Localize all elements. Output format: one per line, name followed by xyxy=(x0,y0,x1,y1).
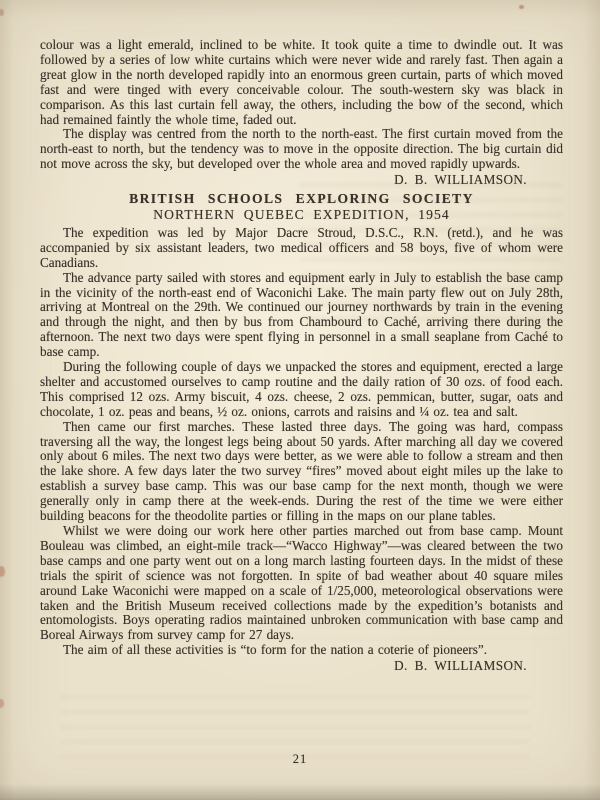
scan-speck xyxy=(0,699,4,708)
scan-speck xyxy=(519,5,524,9)
author-signature: D. B. WILLIAMSON. xyxy=(40,659,563,674)
author-signature: D. B. WILLIAMSON. xyxy=(40,173,563,188)
article-title: BRITISH SCHOOLS EXPLORING SOCIETY xyxy=(40,192,563,207)
scan-speck xyxy=(0,9,4,16)
article-paragraph: The expedition was led by Major Dacre St… xyxy=(40,226,563,271)
article-paragraph: Whilst we were doing our work here other… xyxy=(40,524,563,643)
scan-speck xyxy=(0,566,5,577)
article-paragraph: The advance party sailed with stores and… xyxy=(40,271,563,360)
book-page: colour was a light emerald, inclined to … xyxy=(0,0,600,800)
page-number: 21 xyxy=(0,752,600,767)
article-paragraph: Then came our first marches. These laste… xyxy=(40,420,563,524)
article-paragraph: During the following couple of days we u… xyxy=(40,360,563,420)
article-paragraph: The aim of all these activities is “to f… xyxy=(40,643,563,658)
article-subtitle: NORTHERN QUEBEC EXPEDITION, 1954 xyxy=(40,208,563,223)
continuation-paragraph: colour was a light emerald, inclined to … xyxy=(40,38,563,127)
closing-paragraph: The display was centred from the north t… xyxy=(40,127,563,172)
page-text: colour was a light emerald, inclined to … xyxy=(40,38,563,674)
